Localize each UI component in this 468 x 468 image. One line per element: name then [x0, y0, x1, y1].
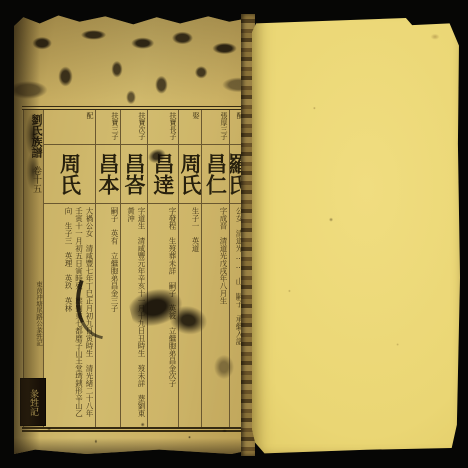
relation-label: 張厚三子	[202, 110, 229, 145]
genealogy-grid: 配 羅氏 公女 清道光…… 山 嗣子 承繼入譜 張厚三子 昌仁 字成晋 清道光戊…	[22, 106, 246, 432]
paper-flecks	[252, 10, 460, 456]
entry-column-changba: 扶寶次子 昌峇 字道生 清咸豐元年辛亥十一月十九日丑時生 歿未詳 塟劉東黃沖	[120, 110, 147, 427]
relation-label: 扶寶次子	[121, 110, 147, 145]
person-name: 周氏	[179, 145, 201, 204]
person-details: 字發程 生歿葬未詳 嗣子 英筱 立繼胞弟昌金次子	[148, 204, 178, 427]
page-bottom-shadow	[14, 438, 248, 454]
margin-ink-smudge	[22, 108, 44, 198]
person-name: 周氏	[44, 145, 95, 204]
entry-column-changren: 張厚三子 昌仁 字成晋 清道光戊戌年八月生	[201, 110, 229, 427]
printed-genealogy-page: 配 羅氏 公女 清道光…… 山 嗣子 承繼入譜 張厚三子 昌仁 字成晋 清道光戊…	[14, 12, 248, 454]
person-name: 昌逹	[148, 145, 178, 204]
relation-label: 娶	[179, 110, 201, 145]
entry-column-changben: 扶寶三子 昌本 嗣子 英有 立繼胞弟昌金三子	[95, 110, 120, 427]
person-name: 昌本	[96, 145, 120, 204]
person-name: 昌仁	[202, 145, 229, 204]
person-details: 字成晋 清道光戊戌年八月生	[202, 204, 229, 427]
person-details: 嗣子 英有 立繼胞弟昌金三子	[96, 204, 120, 427]
mold-stain-area	[14, 12, 248, 116]
person-name: 昌峇	[121, 145, 147, 204]
blank-facing-page	[252, 10, 460, 456]
relation-label: 扶寶三子	[96, 110, 120, 145]
collector-ink-stamp: 彖甡記	[20, 378, 46, 426]
stamp-text: 彖甡記	[28, 389, 38, 416]
entry-column-zhoushi-left: 配 周氏 大禍公女 清咸豐七年丁巳正月初九日寅時生 清光緒二十八年壬寅十一月初五…	[43, 110, 95, 427]
person-details: 字道生 清咸豐元年辛亥十一月十九日丑時生 歿未詳 塟劉東黃沖	[121, 204, 147, 427]
relation-label: 配	[44, 110, 95, 145]
entry-column-zhoushi-right: 娶 周氏 生子一 英道	[178, 110, 201, 427]
person-details: 生子一 英道	[179, 204, 201, 427]
entry-column-changda: 扶寶長子 昌逹 字發程 生歿葬未詳 嗣子 英筱 立繼胞弟昌金次子	[147, 110, 178, 427]
relation-label: 扶寶長子	[148, 110, 178, 145]
person-details: 大禍公女 清咸豐七年丁巳正月初九日寅時生 清光緒二十八年壬寅十一月初五日寅時歿 …	[44, 204, 95, 427]
genealogy-book-photo: 配 羅氏 公女 清道光…… 山 嗣子 承繼入譜 張厚三子 昌仁 字成晋 清道光戊…	[0, 0, 468, 468]
